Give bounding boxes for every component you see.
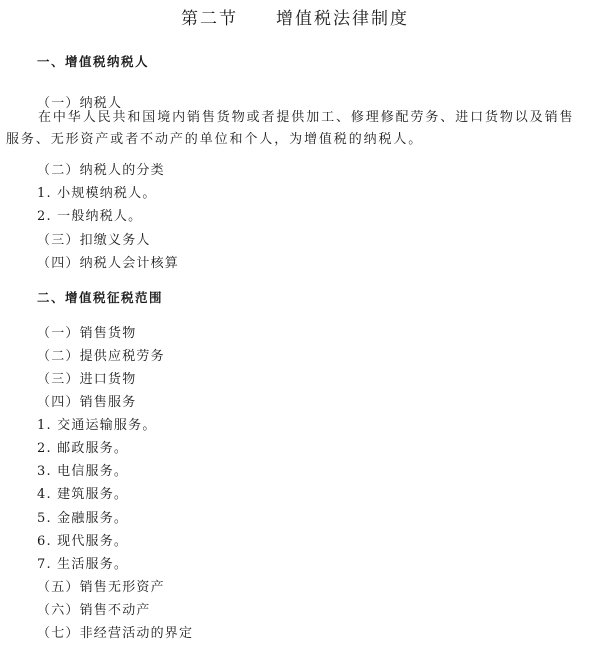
section-heading-vat-scope: 二、增值税征税范围: [37, 288, 163, 306]
subheading-non-business-activities: （七）非经营活动的界定: [37, 622, 193, 641]
subheading-taxpayer-accounting: （四）纳税人会计核算: [37, 252, 179, 271]
list-item-lifestyle-services: 7. 生活服务。: [37, 553, 128, 572]
subheading-taxpayer-classification: （二）纳税人的分类: [37, 159, 165, 178]
list-item-modern-services: 6. 现代服务。: [37, 530, 128, 549]
list-item-transport-services: 1. 交通运输服务。: [37, 414, 157, 433]
list-item-small-scale-taxpayer: 1. 小规模纳税人。: [37, 182, 157, 201]
subheading-sale-of-goods: （一）销售货物: [37, 322, 136, 341]
list-item-telecom-services: 3. 电信服务。: [37, 460, 128, 479]
subheading-taxable-labor: （二）提供应税劳务: [37, 345, 165, 364]
list-item-postal-services: 2. 邮政服务。: [37, 437, 128, 456]
page-title: 第二节 增值税法律制度: [0, 4, 590, 29]
section-heading-vat-taxpayer: 一、增值税纳税人: [37, 52, 149, 70]
subheading-sale-of-intangibles: （五）销售无形资产: [37, 576, 165, 595]
list-item-construction-services: 4. 建筑服务。: [37, 483, 128, 502]
subheading-withholding-agent: （三）扣缴义务人: [37, 229, 151, 248]
list-item-financial-services: 5. 金融服务。: [37, 507, 128, 526]
paragraph-taxpayer-definition: 在中华人民共和国境内销售货物或者提供加工、修理修配劳务、进口货物以及销售服务、无…: [6, 107, 586, 151]
subheading-sale-of-real-estate: （六）销售不动产: [37, 599, 151, 618]
subheading-imported-goods: （三）进口货物: [37, 368, 136, 387]
document-page: 第二节 增值税法律制度 一、增值税纳税人 （一）纳税人 在中华人民共和国境内销售…: [0, 0, 590, 646]
subheading-sale-of-services: （四）销售服务: [37, 391, 136, 410]
list-item-general-taxpayer: 2. 一般纳税人。: [37, 205, 142, 224]
